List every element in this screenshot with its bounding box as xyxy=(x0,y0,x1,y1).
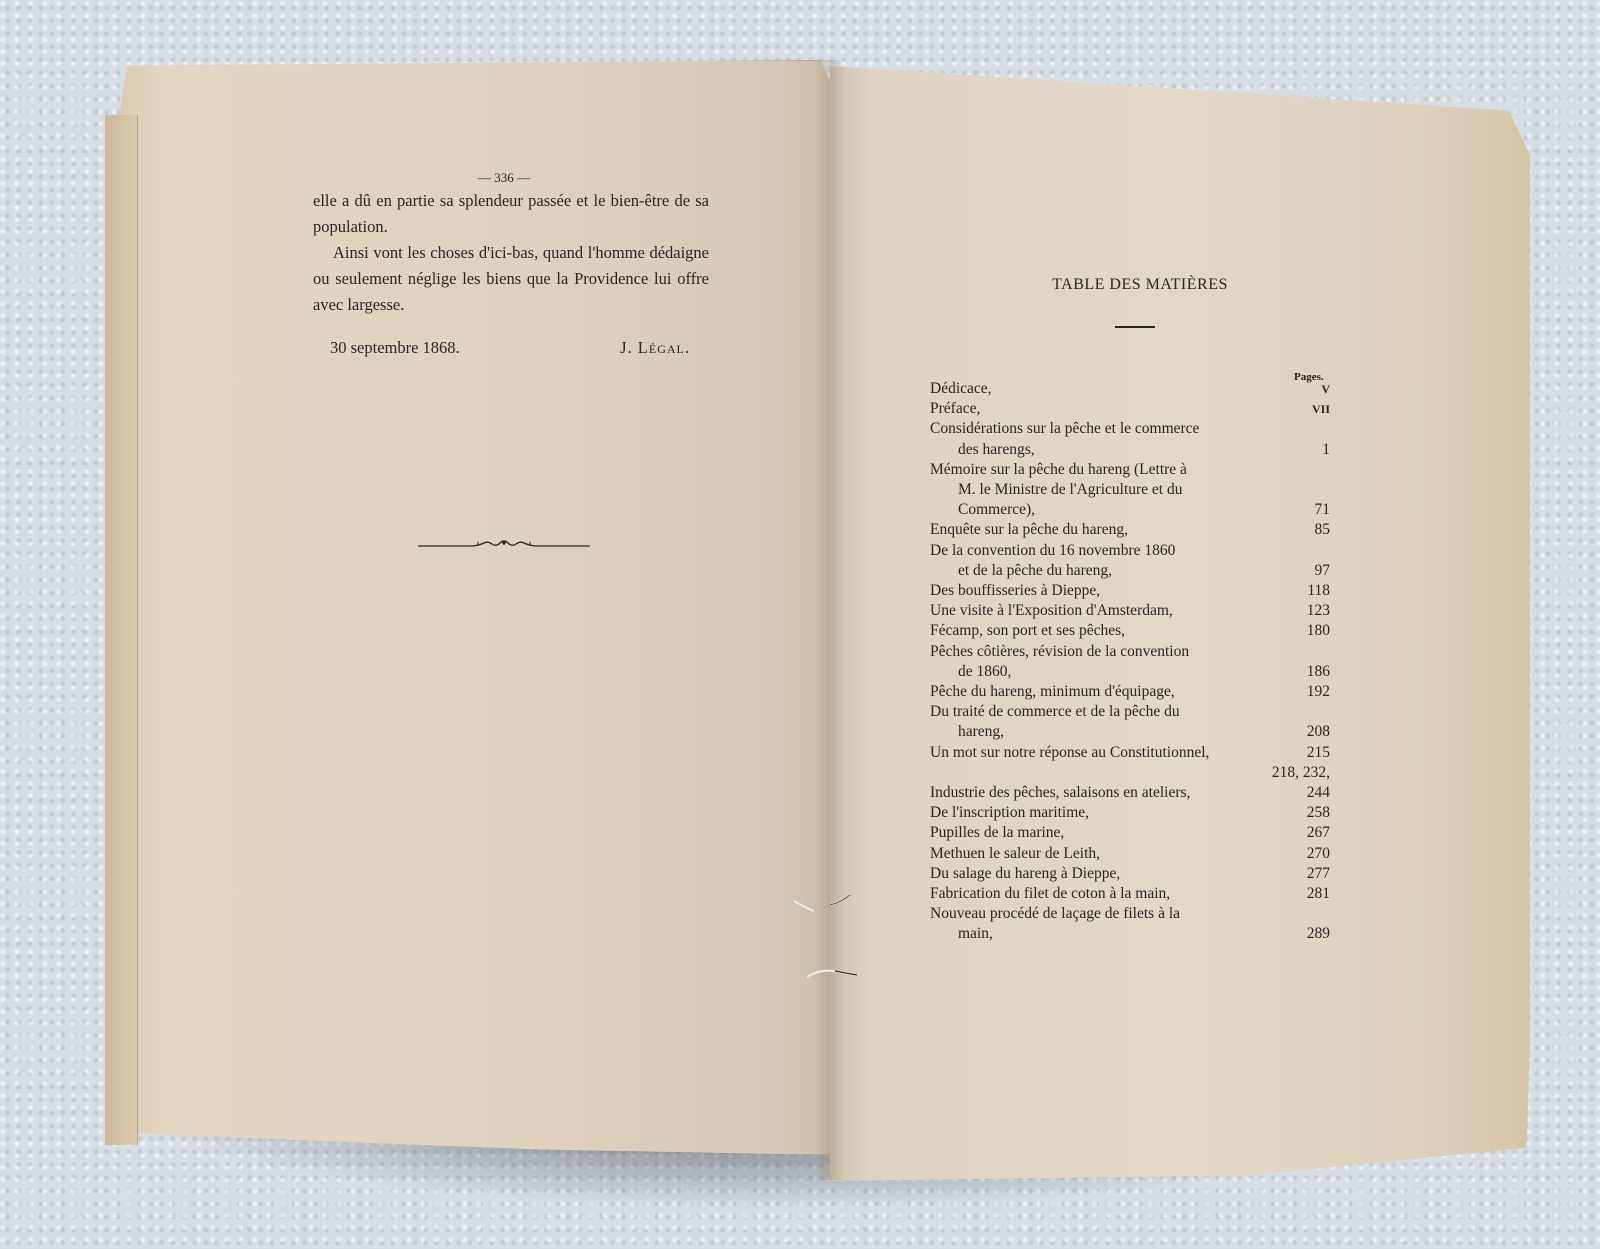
toc-entry: Dédicace,V xyxy=(930,379,1330,399)
entry-title: Du traité de commerce et de la pêche du xyxy=(930,703,1180,720)
toc-entry: Pupilles de la marine,267 xyxy=(930,823,1330,843)
toc-entry-title: Mémoire sur la pêche du hareng (Lettre à… xyxy=(930,460,1245,521)
toc-entry: Du salage du hareng à Dieppe,277 xyxy=(930,864,1330,884)
entry-title-continuation: de 1860, xyxy=(930,662,1245,682)
entry-title: Industrie des pêches, salaisons en ateli… xyxy=(930,784,1190,801)
toc-entry-page: 208 xyxy=(1260,722,1330,742)
toc-entry-title: Un mot sur notre réponse au Constitution… xyxy=(930,743,1245,763)
toc-entry-page: 1 xyxy=(1260,440,1330,460)
toc-entry: Un mot sur notre réponse au Constitution… xyxy=(930,743,1330,763)
toc-entry: Des bouffisseries à Dieppe,118 xyxy=(930,581,1330,601)
toc-entry-page: VII xyxy=(1260,399,1330,419)
toc-entry-title: Pêches côtières, révision de la conventi… xyxy=(930,642,1245,682)
entry-title: Une visite à l'Exposition d'Amsterdam, xyxy=(930,602,1173,619)
entry-title: Du salage du hareng à Dieppe, xyxy=(930,865,1120,882)
toc-entry-page: 267 xyxy=(1260,823,1330,843)
author: J. Légal. xyxy=(620,338,690,358)
toc-entry-page: 215 xyxy=(1260,743,1330,763)
toc-entry: Industrie des pêches, salaisons en ateli… xyxy=(930,763,1330,803)
toc-entry: Mémoire sur la pêche du hareng (Lettre à… xyxy=(930,460,1330,521)
toc-entry-page: 180 xyxy=(1260,621,1330,641)
toc-entry-title: Fécamp, son port et ses pêches, xyxy=(930,621,1245,641)
entry-title: Pupilles de la marine, xyxy=(930,824,1064,841)
toc-entry: De l'inscription maritime,258 xyxy=(930,803,1330,823)
toc-entry-title: Pêche du hareng, minimum d'équipage, xyxy=(930,682,1245,702)
entry-title: Pêche du hareng, minimum d'équipage, xyxy=(930,683,1175,700)
toc-entry: De la convention du 16 novembre 1860et d… xyxy=(930,541,1330,581)
open-book: — 336 — elle a dû en partie sa splendeur… xyxy=(0,0,1600,1249)
toc-entry-title: Du salage du hareng à Dieppe, xyxy=(930,864,1245,884)
toc-title: TABLE DES MATIÈRES xyxy=(1020,276,1260,294)
toc-entry-title: Dédicace, xyxy=(930,379,1245,399)
entry-title: Enquête sur la pêche du hareng, xyxy=(930,521,1128,538)
entry-title: Fécamp, son port et ses pêches, xyxy=(930,622,1125,639)
toc-entry-title: Considérations sur la pêche et le commer… xyxy=(930,419,1245,459)
entry-title: De l'inscription maritime, xyxy=(930,804,1089,821)
toc-entry: Fécamp, son port et ses pêches,180 xyxy=(930,621,1330,641)
toc-entry: Nouveau procédé de laçage de filets à la… xyxy=(930,904,1330,944)
toc-entry: Du traité de commerce et de la pêche duh… xyxy=(930,702,1330,742)
entry-title: Un mot sur notre réponse au Constitution… xyxy=(930,744,1209,761)
toc-entry-page: 97 xyxy=(1260,561,1330,581)
toc-entry: Methuen le saleur de Leith,270 xyxy=(930,844,1330,864)
signoff: 30 septembre 1868. J. Légal. xyxy=(330,338,710,358)
toc-entry-page: 289 xyxy=(1260,924,1330,944)
entry-title: Nouveau procédé de laçage de filets à la xyxy=(930,905,1180,922)
entry-title-continuation: main, xyxy=(930,924,1245,944)
toc-entry-page: 85 xyxy=(1260,520,1330,540)
toc-entry-page: 123 xyxy=(1260,601,1330,621)
toc-entry-title: Du traité de commerce et de la pêche duh… xyxy=(930,702,1245,742)
entry-title-continuation: M. le Ministre de l'Agriculture et du Co… xyxy=(930,480,1245,520)
table-of-contents: Dédicace,VPréface,VIIConsidérations sur … xyxy=(930,379,1330,945)
entry-title-continuation: des harengs, xyxy=(930,440,1245,460)
toc-entry-title: Nouveau procédé de laçage de filets à la… xyxy=(930,904,1245,944)
toc-entry: Considérations sur la pêche et le commer… xyxy=(930,419,1330,459)
entry-title: Préface, xyxy=(930,400,980,417)
toc-entry: Fabrication du filet de coton à la main,… xyxy=(930,884,1330,904)
toc-entry: Enquête sur la pêche du hareng,85 xyxy=(930,520,1330,540)
entry-title: Considérations sur la pêche et le commer… xyxy=(930,420,1199,437)
date: 30 septembre 1868. xyxy=(330,338,460,358)
toc-entry-page: 71 xyxy=(1260,500,1330,520)
entry-title-continuation: et de la pêche du hareng, xyxy=(930,561,1245,581)
toc-entry-page: 258 xyxy=(1260,803,1330,823)
entry-title: De la convention du 16 novembre 1860 xyxy=(930,542,1175,559)
toc-entry-title: Fabrication du filet de coton à la main, xyxy=(930,884,1245,904)
flourish-ornament-icon xyxy=(418,535,590,551)
toc-entry: Pêches côtières, révision de la conventi… xyxy=(930,642,1330,682)
entry-title: Dédicace, xyxy=(930,380,992,397)
toc-entry-page: 277 xyxy=(1260,864,1330,884)
entry-title: Des bouffisseries à Dieppe, xyxy=(930,582,1100,599)
toc-entry-title: Methuen le saleur de Leith, xyxy=(930,844,1245,864)
toc-entry-page: V xyxy=(1260,379,1330,399)
left-page-text: elle a dû en partie sa splendeur passée … xyxy=(313,188,709,318)
toc-entry-title: Des bouffisseries à Dieppe, xyxy=(930,581,1245,601)
toc-entry-title: Pupilles de la marine, xyxy=(930,823,1245,843)
toc-entry-title: Une visite à l'Exposition d'Amsterdam, xyxy=(930,601,1245,621)
page-number: — 336 — xyxy=(478,170,530,186)
entry-title: Mémoire sur la pêche du hareng (Lettre à xyxy=(930,461,1187,478)
entry-title: Pêches côtières, révision de la conventi… xyxy=(930,643,1189,660)
toc-entry: Préface,VII xyxy=(930,399,1330,419)
toc-entry-page: 186 xyxy=(1260,662,1330,682)
toc-entry-page: 281 xyxy=(1260,884,1330,904)
paper-tear-icon xyxy=(792,893,862,923)
toc-entry: Une visite à l'Exposition d'Amsterdam,12… xyxy=(930,601,1330,621)
entry-title: Methuen le saleur de Leith, xyxy=(930,845,1100,862)
toc-entry: Pêche du hareng, minimum d'équipage,192 xyxy=(930,682,1330,702)
toc-entry-page: 118 xyxy=(1260,581,1330,601)
toc-entry-title: De la convention du 16 novembre 1860et d… xyxy=(930,541,1245,581)
left-page-edge xyxy=(105,115,138,1145)
toc-entry-page: 270 xyxy=(1260,844,1330,864)
entry-title: Fabrication du filet de coton à la main, xyxy=(930,885,1170,902)
book-gutter xyxy=(815,60,845,1180)
paragraph: elle a dû en partie sa splendeur passée … xyxy=(313,188,709,240)
toc-entry-title: De l'inscription maritime, xyxy=(930,803,1245,823)
toc-entry-title: Industrie des pêches, salaisons en ateli… xyxy=(930,783,1245,803)
paragraph: Ainsi vont les choses d'ici-bas, quand l… xyxy=(313,240,709,318)
toc-entry-page: 218, 232, 244 xyxy=(1260,763,1330,803)
toc-entry-title: Préface, xyxy=(930,399,1245,419)
toc-entry-page: 192 xyxy=(1260,682,1330,702)
toc-entry-title: Enquête sur la pêche du hareng, xyxy=(930,520,1245,540)
entry-title-continuation: hareng, xyxy=(930,722,1245,742)
title-rule xyxy=(1115,326,1155,328)
paper-tear-icon xyxy=(805,965,865,985)
